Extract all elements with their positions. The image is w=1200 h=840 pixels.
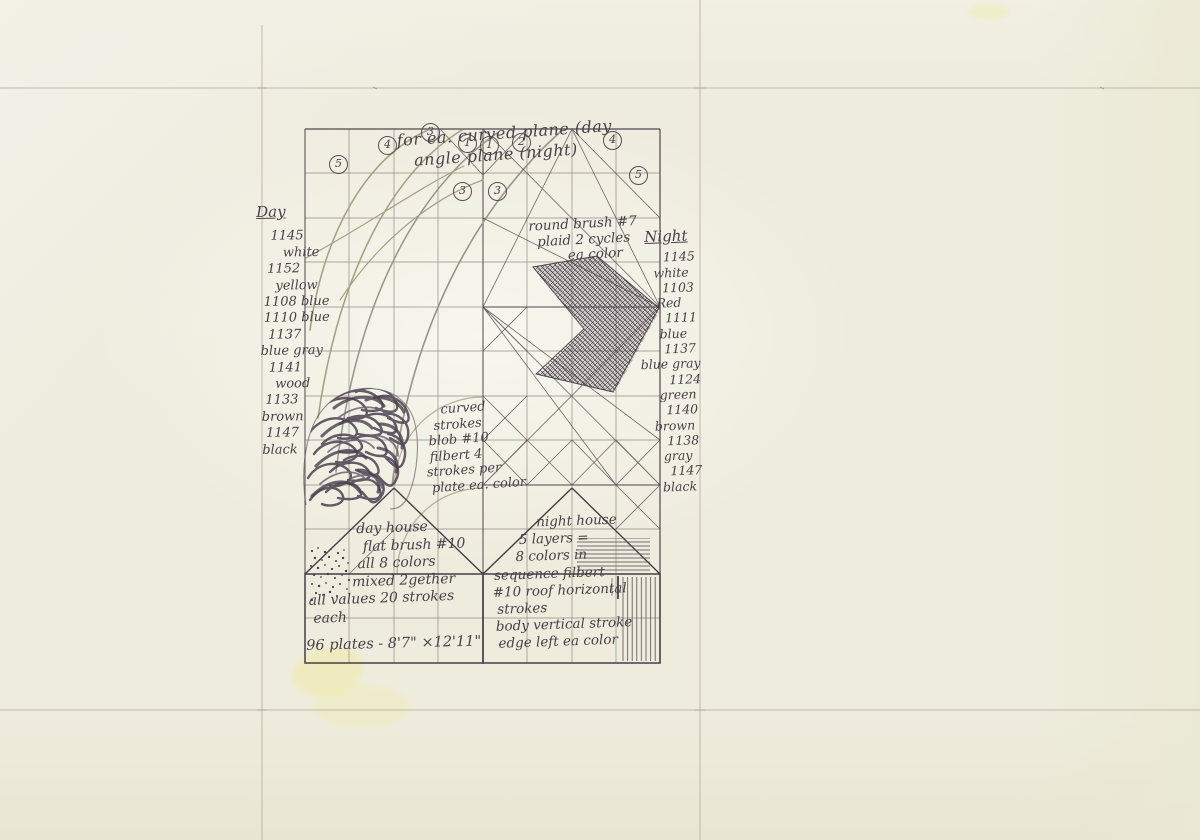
- note-line: flat brush #10: [363, 535, 466, 556]
- color-entry: 1138: [667, 432, 703, 449]
- night-color-list: Night 1145 white 1103 Red 1111 blue 1137…: [644, 228, 705, 495]
- day-color-list: Day 1145 white 1152 yellow 1108 blue 111…: [256, 203, 332, 459]
- blob-brush-note: curved strokes blob #10 filbert 4 stroke…: [418, 397, 527, 497]
- night-house-note: night house 5 layers = 8 colors in seque…: [490, 511, 633, 653]
- color-entry: 1145: [270, 228, 328, 245]
- circled-number: 3: [488, 182, 507, 201]
- color-entry: blue gray: [260, 343, 330, 361]
- color-entry: 1108 blue: [264, 294, 330, 312]
- color-entry: 1147: [670, 462, 704, 478]
- day-list-title: Day: [256, 203, 328, 221]
- color-entry: 1103: [662, 279, 698, 296]
- color-entry: black: [262, 441, 332, 459]
- color-entry: white: [653, 264, 697, 281]
- color-entry: white: [283, 245, 329, 262]
- circled-number: 5: [329, 155, 348, 174]
- color-entry: blue gray: [640, 355, 700, 372]
- note-line: night house: [536, 511, 629, 531]
- color-entry: Red: [656, 294, 698, 311]
- circled-number: 5: [629, 166, 648, 185]
- color-entry: blue: [659, 325, 699, 342]
- color-entry: brown: [262, 409, 332, 427]
- color-entry: 1133: [265, 392, 331, 410]
- night-list-title: Night: [644, 228, 696, 245]
- color-entry: 1152: [267, 261, 329, 278]
- color-entry: green: [660, 386, 702, 403]
- circled-number: 3: [453, 182, 472, 201]
- color-entry: black: [663, 478, 705, 495]
- color-entry: wood: [275, 376, 331, 393]
- color-entry: gray: [664, 447, 704, 464]
- color-entry: 1147: [266, 425, 332, 443]
- color-entry: yellow: [275, 277, 329, 294]
- curved-plane-arcs: [306, 130, 560, 574]
- color-entry: 1137: [664, 340, 700, 357]
- color-entry: 1124: [669, 371, 701, 387]
- color-entry: 1110 blue: [264, 310, 330, 328]
- color-entry: brown: [655, 417, 703, 434]
- color-entry: 1137: [268, 327, 330, 344]
- color-entry: 1145: [663, 248, 697, 264]
- plaid-brush-note: round brush #7 plaid 2 cycles ea color: [522, 214, 639, 266]
- day-house-note: day house flat brush #10 all 8 colors mi…: [306, 517, 468, 627]
- color-entry: 1111: [665, 310, 699, 326]
- color-entry: 1141: [269, 359, 331, 376]
- color-entry: 1140: [666, 401, 702, 418]
- circled-number: 4: [378, 136, 397, 155]
